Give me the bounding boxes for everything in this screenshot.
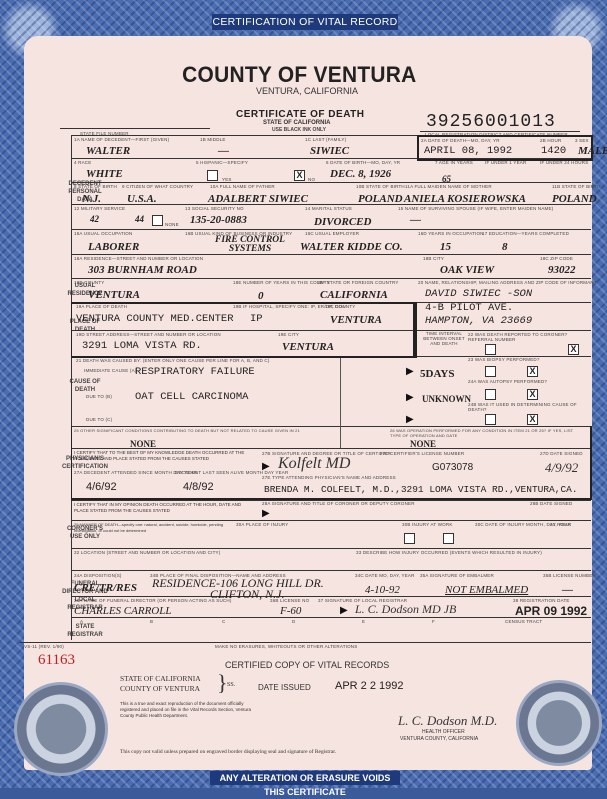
residence-street-value: 303 BURNHAM ROAD [88, 264, 197, 276]
registrar-signature: L. C. Dodson MD JB [355, 602, 456, 617]
state-name: STATE OF CALIFORNIA [263, 120, 330, 126]
autopsy-yes-checkbox[interactable] [485, 389, 496, 400]
due-to-b-value: OAT CELL CARCINOMA [135, 391, 248, 403]
state-line2: COUNTY OF VENTURA [120, 684, 200, 693]
years-in-county-value: 0 [258, 290, 264, 302]
place-of-death-value: VENTURA COUNTY MED.CENTER [76, 313, 234, 325]
first-name-value: WALTER [86, 145, 130, 157]
injury-work-no-checkbox[interactable] [443, 533, 454, 544]
section-cause: CAUSE OF DEATH [60, 378, 110, 394]
autopsy-used-yes-checkbox[interactable] [485, 414, 496, 425]
informant-line3: HAMPTON, VA 23669 [425, 315, 532, 327]
spouse-value: — [410, 214, 421, 226]
attended-since-value: 4/6/92 [86, 481, 117, 493]
banner-top: CERTIFICATION OF VITAL RECORD [212, 14, 398, 30]
funeral-director-value: CHARLES CARROLL [74, 605, 171, 617]
state-line1: STATE OF CALIFORNIA [120, 674, 201, 683]
hispanic-yes-checkbox[interactable] [207, 170, 218, 181]
coroner-yes-checkbox[interactable] [485, 344, 496, 355]
education-value: 8 [502, 241, 508, 253]
physician-signature: Kolfelt MD [278, 455, 350, 473]
autopsy-no-checkbox[interactable]: X [527, 389, 538, 400]
mother-name-value: ANIELA KOSIEROWSKA [404, 193, 526, 205]
section-state-registrar: STATE REGISTRAR [60, 623, 110, 639]
county-seal-icon [516, 680, 602, 766]
arrow-icon: ▶ [406, 366, 414, 377]
years-occupation-value: 15 [440, 241, 451, 253]
mother-birth-value: POLAND [552, 193, 597, 205]
certificate-number: 39256001013 [426, 112, 556, 132]
middle-name-value: — [218, 145, 229, 157]
residence-zip-value: 93022 [548, 264, 576, 276]
interval-a-value: 5DAYS [420, 368, 454, 380]
embalmer-license-value: — [562, 584, 573, 596]
business-value: FIRE CONTROL SYSTEMS [205, 236, 295, 254]
last-name-value: SIWIEC [310, 145, 349, 157]
date-issued-label: DATE ISSUED [258, 683, 311, 692]
certified-copy-title: CERTIFIED COPY OF VITAL RECORDS [225, 660, 389, 670]
arrow-icon: ▶ [262, 508, 270, 519]
officer-signature: L. C. Dodson M.D. [398, 713, 497, 729]
arrow-icon: ▶ [340, 605, 348, 616]
residence-state-value: CALIFORNIA [320, 289, 388, 301]
immediate-cause-value: RESPIRATORY FAILURE [135, 366, 255, 378]
death-county-value: VENTURA [330, 314, 382, 326]
military-from: 42 [90, 214, 99, 224]
occupation-value: LABORER [88, 241, 139, 253]
certificate-type: CERTIFICATE OF DEATH [236, 109, 365, 120]
brace: } [217, 670, 228, 696]
arrow-icon: ▶ [406, 414, 414, 425]
death-city-value: VENTURA [282, 341, 334, 353]
residence-city-value: OAK VIEW [440, 264, 494, 276]
arrow-icon: ▶ [406, 392, 414, 403]
informant-line1: DAVID SIWIEC -SON [425, 288, 532, 300]
sex-value: MALE [578, 145, 607, 157]
military-none-checkbox[interactable] [152, 215, 163, 226]
residence-county-value: VENTURA [88, 289, 140, 301]
county-city: VENTURA, CALIFORNIA [256, 86, 358, 96]
disp-date-value: 4-10-92 [365, 584, 400, 596]
operation-value: NONE [410, 439, 436, 449]
officer-title: HEALTH OFFICER [422, 729, 465, 735]
injury-work-yes-checkbox[interactable] [404, 533, 415, 544]
state-of-birth-value: N.J. [82, 193, 101, 205]
father-birth-value: POLAND [358, 193, 403, 205]
death-street-value: 3291 LOMA VISTA RD. [82, 340, 202, 352]
hour-value: 1420 [541, 145, 566, 157]
hispanic-no-checkbox[interactable]: X [294, 170, 305, 181]
date-issued-value: APR 2 2 1992 [335, 680, 404, 692]
employer-value: WALTER KIDDE CO. [300, 241, 403, 253]
date-signed-value: 4/9/92 [545, 460, 578, 476]
informant-line2: 4-B PILOT AVE. [425, 302, 513, 314]
license-value: G073078 [432, 462, 473, 473]
physician-name-value: BRENDA M. COLFELT, M.D.,3291 LOMA VISTA … [264, 484, 578, 495]
marital-value: DIVORCED [314, 216, 371, 228]
ssn-value: 135-20-0883 [190, 214, 247, 226]
arrow-icon: ▶ [262, 461, 270, 472]
other-conditions-value: NONE [130, 439, 156, 449]
officer-county: VENTURA COUNTY, CALIFORNIA [400, 736, 478, 742]
county-title: COUNTY OF VENTURA [182, 62, 416, 88]
attestation-text: This is a true and exact reproduction of… [120, 701, 260, 719]
father-name-value: ADALBERT SIWIEC [208, 193, 308, 205]
interval-b-value: UNKNOWN [422, 394, 471, 404]
race-value: WHITE [86, 168, 123, 180]
banner-bottom: ANY ALTERATION OR ERASURE VOIDS THIS CER… [210, 771, 400, 785]
funeral-license-value: F-60 [280, 605, 301, 617]
autopsy-used-no-checkbox[interactable]: X [527, 414, 538, 425]
hospital-type-value: IP [250, 313, 263, 325]
military-to: 44 [135, 214, 144, 224]
form-number: VS-11 (REV. 1/90) [24, 644, 64, 649]
dob-value: DEC. 8, 1926 [330, 168, 391, 180]
state-seal-icon [14, 682, 108, 776]
biopsy-no-checkbox[interactable]: X [527, 366, 538, 377]
last-seen-value: 4/8/92 [183, 481, 214, 493]
serial-number: 61163 [38, 652, 75, 669]
validity-note: This copy not valid unless prepared on e… [120, 749, 336, 755]
citizen-value: U.S.A. [127, 193, 157, 205]
embalmer-value: NOT EMBALMED [445, 584, 528, 596]
coroner-no-checkbox[interactable]: X [568, 344, 579, 355]
date-of-death-value: APRIL 08, 1992 [424, 145, 512, 157]
no-erasure-warning: MAKE NO ERASURES, WHITEOUTS OR OTHER ALT… [215, 644, 357, 649]
disposition-value: CRE/TR/RES [74, 582, 137, 594]
registration-date-value: APR 09 1992 [515, 604, 587, 618]
age-value: 65 [442, 174, 451, 184]
ink-note: USE BLACK INK ONLY [272, 127, 326, 133]
biopsy-yes-checkbox[interactable] [485, 366, 496, 377]
